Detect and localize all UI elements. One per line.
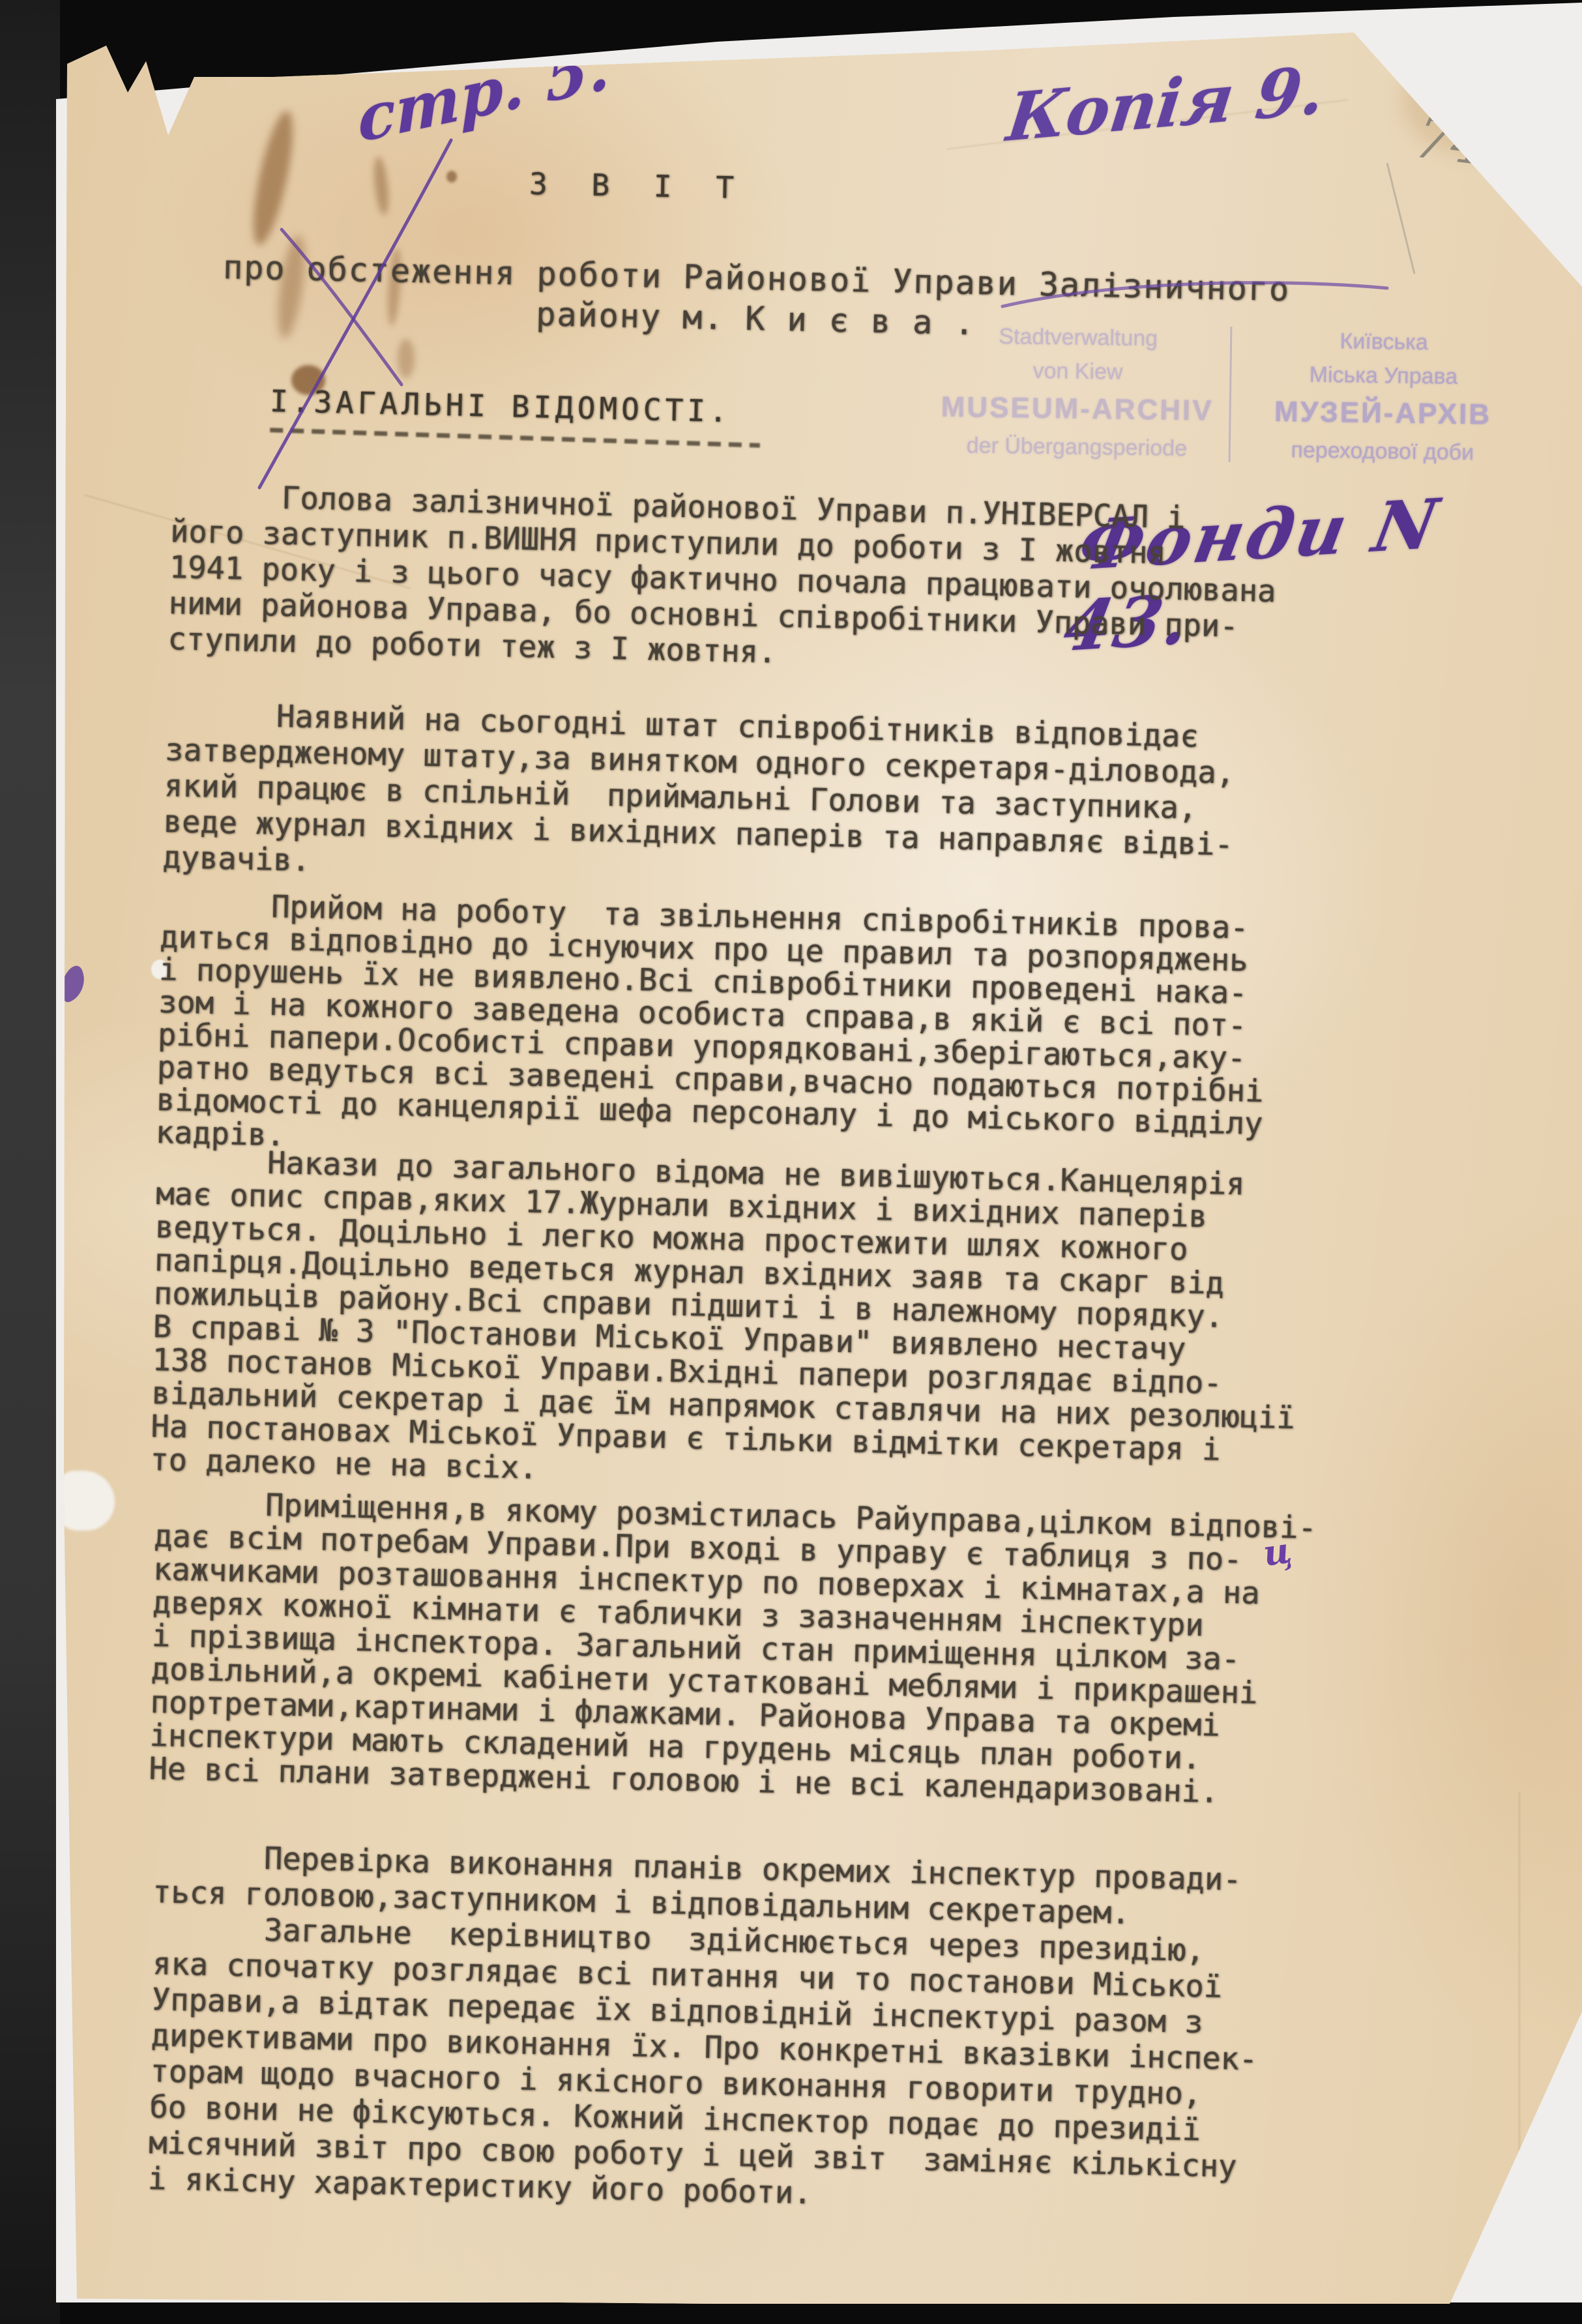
small-brown-dot bbox=[447, 171, 457, 183]
tear-stain-streak-1 bbox=[372, 156, 390, 216]
ink-blot-left-margin bbox=[62, 966, 84, 1003]
stamp-text-line: переходової доби bbox=[1237, 432, 1528, 470]
stamp-text-line: МУЗЕЙ-АРХІВ bbox=[1237, 390, 1529, 436]
stamp-divider bbox=[1229, 327, 1233, 462]
handwritten-page-number: стр. 5. bbox=[357, 29, 611, 157]
section-heading: І.ЗАГАЛЬНІ ВІДОМОСТІ. bbox=[269, 383, 731, 429]
stamp-right-column: Київська Міська Управа МУЗЕЙ-АРХІВ перех… bbox=[1237, 323, 1529, 470]
paragraph-7: Загальне керівництво здійснюється через … bbox=[147, 1910, 1260, 2221]
archive-stamp: Stadtverwaltung von Kiew MUSEUM-ARCHIV d… bbox=[931, 319, 1530, 471]
tear-stain-large bbox=[246, 108, 301, 248]
paragraph-1: Голова залізничної районової Управи п.УН… bbox=[168, 478, 1278, 681]
stamp-text-line: der Übergangsperiode bbox=[931, 428, 1223, 466]
section-heading-underline bbox=[270, 428, 760, 448]
paragraph-4: Накази до загального відома не вивішують… bbox=[150, 1144, 1300, 1501]
paragraph-2: Наявний на сьогодні штат співробітників … bbox=[162, 696, 1236, 899]
stamp-text-line: Міська Управа bbox=[1238, 357, 1529, 394]
document-title: З В І Т bbox=[529, 166, 748, 205]
stamp-text-line: MUSEUM-ARCHIV bbox=[931, 387, 1223, 432]
pencil-stroke bbox=[1387, 163, 1414, 274]
tear-stain-streak-3 bbox=[398, 339, 415, 378]
paragraph-3: Прийом на роботу та звільнення співробіт… bbox=[155, 889, 1267, 1173]
stamp-text-line: von Kiew bbox=[932, 353, 1223, 390]
stamp-left-column: Stadtverwaltung von Kiew MUSEUM-ARCHIV d… bbox=[931, 319, 1224, 466]
scanner-bed-left-strip bbox=[0, 0, 60, 2324]
handwritten-copy-number: Копія 9. bbox=[1003, 51, 1329, 156]
stamp-text-line: Stadtverwaltung bbox=[933, 319, 1224, 357]
paragraph-5: Приміщення,в якому розмістилась Райуправ… bbox=[149, 1486, 1317, 1811]
stamp-text-line: Київська bbox=[1238, 323, 1530, 360]
scanned-document-page: стр. 5. Копія 9. 74 Фонди N 43. ц З В І … bbox=[0, 0, 1582, 2324]
crease-line-right bbox=[1519, 1793, 1520, 2158]
document-paper: стр. 5. Копія 9. 74 Фонди N 43. ц З В І … bbox=[0, 0, 1582, 2324]
